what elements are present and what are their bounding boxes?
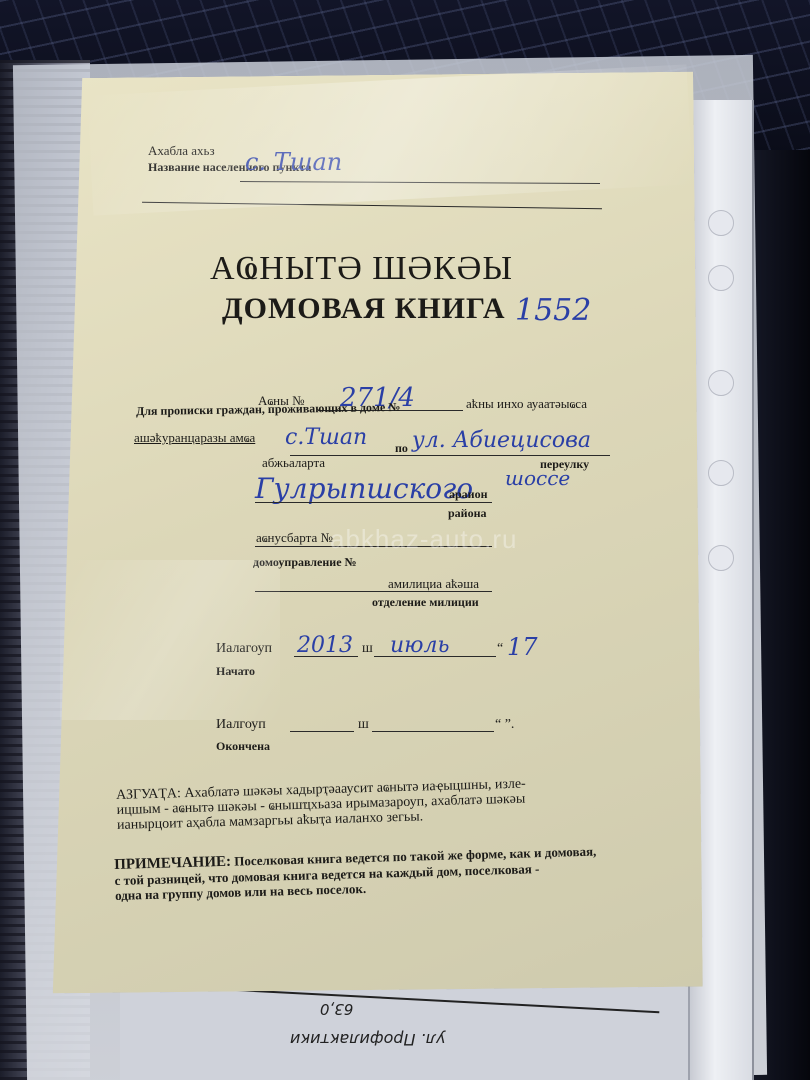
watermark: abkhaz-auto.ru — [330, 524, 517, 555]
district-value: Гулрыпшского — [255, 472, 473, 505]
punch-hole-icon — [708, 545, 734, 571]
street-value-2: ул. Абиецисова — [412, 428, 591, 453]
settlement-value: с. Тшап — [245, 148, 342, 176]
end-quote: “ ”. — [495, 717, 514, 733]
housing-office-label-abkhaz: аҩнусбарта № — [256, 530, 333, 546]
end-year-suffix: ш — [358, 717, 369, 733]
registration-label-abkhaz: ашәҟуранцаразы амҩа — [134, 430, 255, 446]
settlement-label-abkhaz: Ахабла ахьз — [148, 143, 215, 159]
start-year-suffix: ш — [362, 641, 373, 657]
punch-hole-icon — [708, 265, 734, 291]
start-month: июль — [390, 633, 450, 658]
punch-hole-icon — [708, 460, 734, 486]
street-underline — [290, 455, 610, 456]
police-label-abkhaz: амилициа аҟәша — [388, 576, 479, 592]
start-quote: “ — [497, 641, 503, 657]
start-year: 2013 — [297, 633, 353, 658]
start-label-abkhaz: Иалагоуп — [216, 641, 272, 657]
house-no-suffix: аҟны инхо ауаатәыҩса — [466, 396, 587, 412]
start-year-underline — [294, 656, 358, 657]
start-day: 17 — [507, 633, 538, 661]
district-label-abkhaz: араион — [449, 487, 488, 502]
end-month-underline — [372, 731, 494, 732]
district-value-extra: шоссе — [505, 466, 570, 490]
street-value-1: с.Тшап — [285, 425, 367, 450]
end-label-abkhaz: Иалгоуп — [216, 717, 266, 733]
end-label: Окончена — [216, 739, 270, 754]
plan-street-label: ул. Профилактики — [290, 1030, 445, 1049]
punch-hole-icon — [708, 210, 734, 236]
street-label-abkhaz: абжьаларта — [262, 455, 325, 471]
start-label: Начато — [216, 664, 255, 679]
police-underline — [255, 591, 492, 592]
housing-office-label: домоуправление № — [253, 555, 357, 570]
page-title: ДОМОВАЯ КНИГА — [222, 292, 505, 326]
title-abkhaz: АҨНЫТӘ ШӘКӘЫ — [210, 250, 513, 288]
street-prefix: по — [395, 441, 408, 456]
plan-dimension: 63,0 — [320, 1000, 353, 1018]
end-year-underline — [290, 731, 354, 732]
police-label: отделение милиции — [372, 595, 479, 610]
district-label: района — [448, 506, 487, 521]
punch-hole-icon — [708, 370, 734, 396]
start-month-underline — [374, 656, 496, 657]
book-number: 1552 — [515, 293, 591, 328]
district-underline — [255, 502, 492, 503]
